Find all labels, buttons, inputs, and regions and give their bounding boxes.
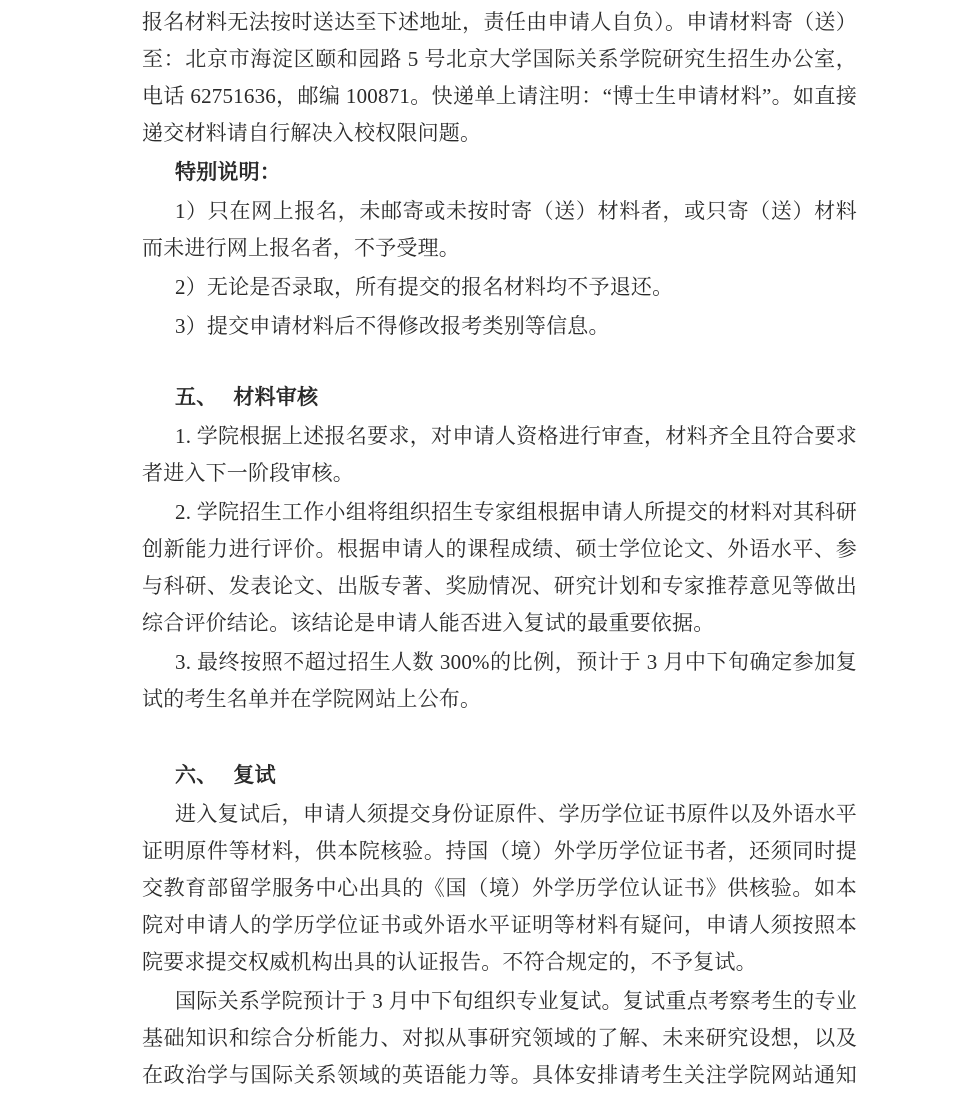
special-note-item-1: 1）只在网上报名，未邮寄或未按时寄（送）材料者，或只寄（送）材料而未进行网上报名… (142, 193, 857, 267)
material-review-paragraph-2: 2. 学院招生工作小组将组织招生专家组根据申请人所提交的材料对其科研创新能力进行… (142, 494, 857, 642)
section-title: 复试 (233, 763, 275, 787)
section-number: 六、 (175, 763, 217, 787)
material-review-paragraph-3: 3. 最终按照不超过招生人数 300%的比例，预计于 3 月中下旬确定参加复试的… (142, 644, 857, 718)
section-title: 材料审核 (233, 385, 318, 409)
section-heading-material-review: 五、材料审核 (142, 379, 857, 416)
material-review-paragraph-1: 1. 学院根据上述报名要求，对申请人资格进行审查，材料齐全且符合要求者进入下一阶… (142, 418, 857, 492)
second-exam-paragraph-1: 进入复试后，申请人须提交身份证原件、学历学位证书原件以及外语水平证明原件等材料，… (142, 796, 857, 981)
paragraph-mailing-address: 报名材料无法按时送达至下述地址，责任由申请人自负）。申请材料寄（送）至：北京市海… (142, 4, 857, 152)
section-number: 五、 (175, 385, 217, 409)
second-exam-paragraph-2: 国际关系学院预计于 3 月中下旬组织专业复试。复试重点考察考生的专业基础知识和综… (142, 983, 857, 1094)
special-note-item-2: 2）无论是否录取，所有提交的报名材料均不予退还。 (142, 269, 857, 306)
section-heading-second-exam: 六、复试 (142, 757, 857, 794)
special-note-item-3: 3）提交申请材料后不得修改报考类别等信息。 (142, 308, 857, 345)
special-note-heading: 特别说明： (142, 154, 857, 191)
document-page: 报名材料无法按时送达至下述地址，责任由申请人自负）。申请材料寄（送）至：北京市海… (0, 0, 960, 1096)
